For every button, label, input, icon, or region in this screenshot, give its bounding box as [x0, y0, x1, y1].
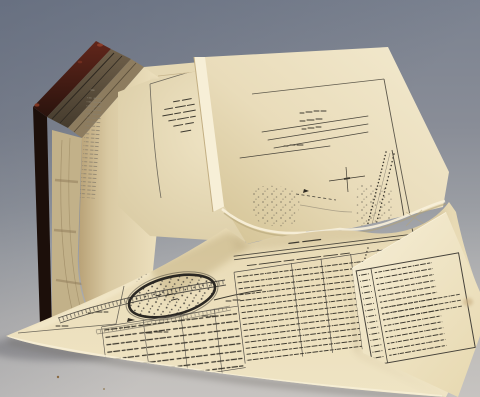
cover-wear-spot — [35, 103, 40, 106]
paper-crumb — [57, 376, 59, 378]
tree-dot-cluster — [252, 186, 300, 227]
paper-stain — [463, 298, 473, 306]
cover-wear-spot — [78, 61, 82, 64]
paper-crumb — [103, 388, 105, 390]
photo-stage — [0, 0, 480, 397]
book-with-foldout-map-photo — [0, 0, 480, 397]
cover-wear-spot — [97, 43, 103, 46]
